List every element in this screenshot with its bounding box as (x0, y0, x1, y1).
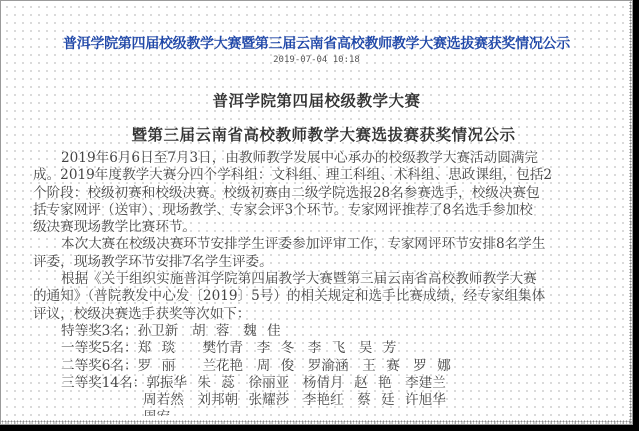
award-row-second: 二等奖6名：罗 丽 兰花艳 周 俊 罗渝涵 王 赛 罗 娜 (33, 358, 619, 375)
award-names: 郭振华 朱 蕊 徐丽亚 杨倩月 赵 艳 李建兰 (146, 375, 446, 392)
award-names: 周若然 刘邦朝 张耀莎 李艳红 蔡 廷 许旭华 (143, 392, 446, 409)
award-label: 二等奖6名： (61, 358, 138, 375)
award-row-special: 特等奖3名：孙卫新 胡 蓉 魏 佳 (33, 323, 619, 340)
paragraph-line: 评议，校级决赛选手获奖等次如下： (33, 306, 619, 323)
document-heading-line2: 暨第三届云南省高校教师教学大赛选拔赛获奖情况公示 (15, 123, 632, 145)
paragraph-line: 评委，现场教学环节安排7名学生评委。 (33, 254, 619, 271)
publish-date: 2019-07-04 10:18 (1, 55, 632, 65)
document-frame: 普洱学院第四届校级教学大赛暨第三届云南省高校教师教学大赛选拔赛获奖情况公示 20… (0, 0, 633, 425)
award-row-third-continued: 周若然 刘邦朝 张耀莎 李艳红 蔡 廷 许旭华 (33, 392, 619, 409)
award-names: 罗 丽 兰花艳 周 俊 罗渝涵 王 赛 罗 娜 (138, 358, 451, 375)
paragraph-line: 括专家网评（送审）、现场教学、专家会评3个环节。专家网评推荐了8名选手参加校 (33, 202, 619, 219)
document-heading-line1: 普洱学院第四届校级教学大赛 (1, 89, 632, 111)
award-names: 孙卫新 胡 蓉 魏 佳 (138, 323, 281, 340)
paragraph-line: 级决赛现场教学比赛环节。 (33, 219, 619, 236)
article-title[interactable]: 普洱学院第四届校级教学大赛暨第三届云南省高校教师教学大赛选拔赛获奖情况公示 (1, 33, 632, 53)
award-label: 一等奖5名： (61, 340, 138, 357)
award-label: 特等奖3名： (61, 323, 138, 340)
award-row-third-clipped: 周宏…… (33, 409, 619, 416)
paragraph-line: 根据《关于组织实施普洱学院第四届教学大赛暨第三届云南省高校教师教学大赛 (33, 271, 619, 288)
award-label: 三等奖14名： (61, 375, 146, 392)
award-names: 周宏…… (143, 409, 197, 416)
article-body: 2019年6月6日至7月3日，由教师教学发展中心承办的校级教学大赛活动圆满完 成… (33, 150, 619, 416)
award-names: 郑 琰 樊竹青 李 冬 李 飞 吴 芳 (138, 340, 397, 357)
paragraph-line: 2019年6月6日至7月3日，由教师教学发展中心承办的校级教学大赛活动圆满完 (33, 150, 619, 167)
paragraph-line: 成。2019年度教学大赛分四个学科组：文科组、理工科组、术科组、思政课组，包括2 (33, 167, 619, 184)
award-row-first: 一等奖5名：郑 琰 樊竹青 李 冬 李 飞 吴 芳 (33, 340, 619, 357)
award-row-third: 三等奖14名：郭振华 朱 蕊 徐丽亚 杨倩月 赵 艳 李建兰 (33, 375, 619, 392)
paragraph-line: 个阶段：校级初赛和校级决赛。校级初赛由二级学院选报28名参赛选手，校级决赛包 (33, 185, 619, 202)
paragraph-line: 本次大赛在校级决赛环节安排学生评委参加评审工作，专家网评环节安排8名学生 (33, 236, 619, 253)
paragraph-line: 的通知》（普院教发中心发〔2019〕5号）的相关规定和选手比赛成绩，经专家组集体 (33, 288, 619, 305)
